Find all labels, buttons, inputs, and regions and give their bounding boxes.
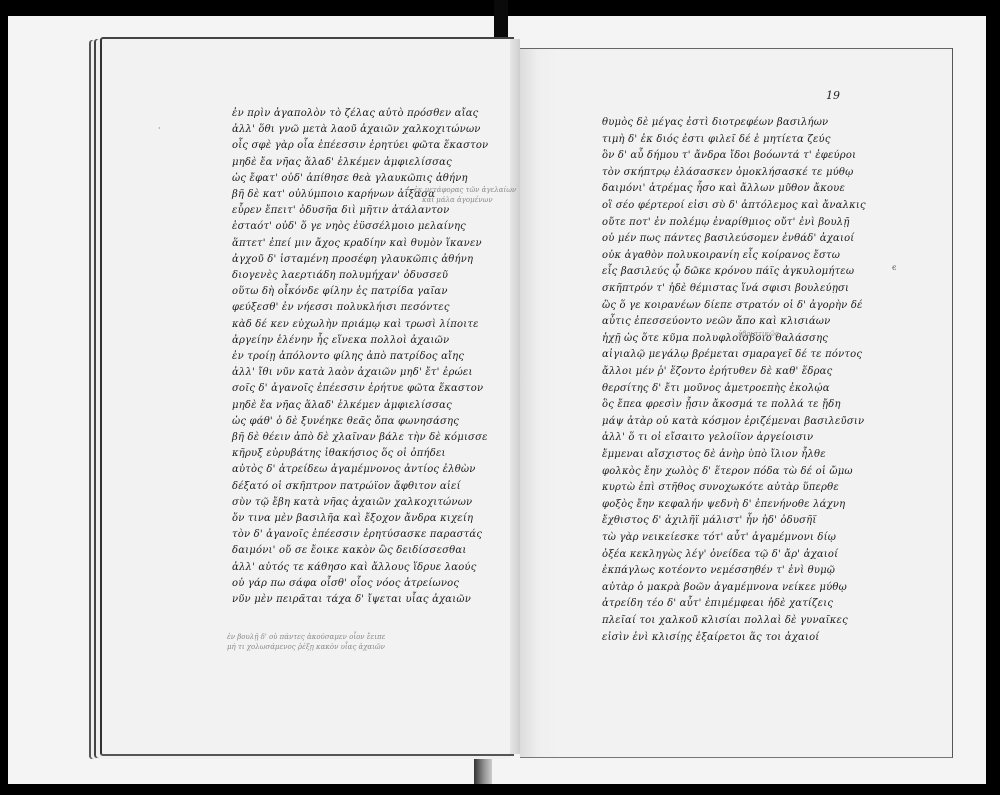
manuscript-line: ὀξέα κεκληγὼς λέγ' ὀνείδεα τῷ δ' ἄρ' ἀχα… [602,548,838,562]
manuscript-line: ἀλλ' αὐτός τε κάθησο καὶ ἄλλους ἵδρυε λα… [232,561,477,575]
manuscript-line: θυμὸς δὲ μέγας ἐστὶ διοτρεφέων βασιλήων [602,116,828,130]
manuscript-line: ἔμμεναι αἴσχιστος δὲ ἀνὴρ ὑπὸ ἴλιον ἦλθε [602,448,826,462]
manuscript-line: ἀλλ' ἴθι νῦν κατὰ λαὸν ἀχαιῶν μηδ' ἔτ' ἐ… [232,366,473,380]
folio-number: 19 [826,89,840,102]
manuscript-line: δέξατό οἱ σκῆπτρον πατρώϊον ἄφθιτον αἰεί [232,480,461,494]
manuscript-line: σὺν τῷ ἔβη κατὰ νῆας ἀχαιῶν χαλκοχιτώνων [232,496,472,510]
margin-gloss-2: καὶ μάλα ἀγομένων [422,196,493,204]
manuscript-line: ἀλλ' ὅ τι οἱ εἴσαιτο γελοίϊον ἀργείοισιν [602,431,813,445]
manuscript-line: ἐκπάγλως κοτέοντο νεμέσσηθέν τ' ἐνὶ θυμῷ [602,564,835,578]
manuscript-line: κυρτὼ ἐπὶ στῆθος συνοχωκότε αὐτὰρ ὕπερθε [602,481,839,495]
manuscript-line: ὃς ἔπεα φρεσὶν ᾗσιν ἄκοσμά τε πολλά τε ᾔ… [602,398,841,412]
manuscript-line: ἅπτετ' ἐπεί μιν ἄχος κραδίην καὶ θυμὸν ἵ… [232,237,482,251]
left-page-gutter [510,39,520,754]
manuscript-line: οὐ μέν πως πάντες βασιλεύσομεν ἐνθάδ' ἀχ… [602,232,854,246]
manuscript-line: δαιμόνι' οὔ σε ἔοικε κακὸν ὣς δειδίσσεσθ… [232,544,466,558]
manuscript-line: φολκὸς ἔην χωλὸς δ' ἕτερον πόδα τὼ δέ οἱ… [602,465,853,479]
manuscript-line: ἑσταότ' οὐδ' ὅ γε νηὸς ἐϋσσέλμοιο μελαίν… [232,220,466,234]
manuscript-line: ἐν πρὶν ἀγαπολὸν τὸ ζέλας αὐτὸ πρόσθεν α… [232,107,478,121]
right-margin-gloss: ὑβριστικῶς [738,330,779,338]
manuscript-line: οἳ σέο φέρτεροί εἰσι σὺ δ' ἀπτόλεμος καὶ… [602,199,866,213]
manuscript-line: μηδὲ ἔα νῆας ἅλαδ' ἑλκέμεν ἀμφιελίσσας [232,399,452,413]
manuscript-line: ἐν τροίῃ ἀπόλοντο φίλης ἀπὸ πατρίδος αἴη… [232,350,464,364]
manuscript-line: οἷς σφὲ γὰρ οἷα ἐπέεσσιν ἐρητύει φῶτα ἕκ… [232,139,488,153]
manuscript-line: ὡς ἔφατ' οὐδ' ἀπίθησε θεὰ γλαυκῶπις ἀθήν… [232,172,468,186]
manuscript-line: σοῖς δ' ἀγανοῖς ἐπέεσσιν ἐρήτυε φῶτα ἕκα… [232,382,483,396]
manuscript-line: τὸν σκήπτρῳ ἐλάσασκεν ὁμοκλήσασκέ τε μύθ… [602,166,854,180]
manuscript-line: ὅν τινα μὲν βασιλῆα καὶ ἔξοχον ἄνδρα κιχ… [232,512,473,526]
manuscript-line: ὡς φάθ' ὁ δὲ ξυνέηκε θεᾶς ὄπα φωνησάσης [232,415,459,429]
manuscript-line: βῆ δὲ κατ' οὐλύμποιο καρήνων ἀΐξασα [232,188,435,202]
right-page: 19 θυμὸς δὲ μέγας ἐστὶ διοτρεφέων βασιλή… [520,48,953,758]
manuscript-line: διογενὲς λαερτιάδη πολυμήχαν' ὀδυσσεῦ [232,269,448,283]
manuscript-line: ἀργείην ἑλένην ἧς εἵνεκα πολλοὶ ἀχαιῶν [232,334,449,348]
manuscript-line: βῆ δὲ θέειν ἀπὸ δὲ χλαῖναν βάλε τὴν δὲ κ… [232,431,488,445]
manuscript-line: ὃν δ' αὖ δήμου τ' ἄνδρα ἴδοι βοόωντά τ' … [602,149,856,163]
manuscript-line: ἀτρείδη τέο δ' αὖτ' ἐπιμέμφεαι ἠδὲ χατίζ… [602,597,833,611]
manuscript-line: μάψ ἀτὰρ οὐ κατὰ κόσμον ἐριζέμεναι βασιλ… [602,415,864,429]
manuscript-line: αὐτὸς δ' ἀτρείδεω ἀγαμέμνονος ἀντίος ἐλθ… [232,463,476,477]
manuscript-line: κῆρυξ εὐρυβάτης ἰθακήσιος ὅς οἱ ὀπήδει [232,447,446,461]
manuscript-line: νῦν μὲν πειρᾶται τάχα δ' ἴψεται υἷας ἀχα… [232,593,471,607]
right-margin-mark: ϵ [892,263,896,272]
manuscript-line: τὼ γὰρ νεικείεσκε τότ' αὖτ' ἀγαμέμνονι δ… [602,531,836,545]
spine-shadow-bottom [474,752,492,784]
manuscript-line: εἰσὶν ἐνὶ κλισίῃς ἐξαίρετοι ἅς τοι ἀχαιο… [602,631,819,645]
manuscript-line: θερσίτης δ' ἔτι μοῦνος ἀμετροεπὴς ἐκολῴα [602,382,830,396]
footer-gloss-1: ἐν βουλῇ δ' οὐ πάντες ἀκούσαμεν οἷον ἔει… [227,633,385,641]
manuscript-line: εἷς βασιλεύς ᾧ δῶκε κρόνου πάϊς ἀγκυλομή… [602,265,854,279]
manuscript-line: οὕτω δὴ οἶκόνδε φίλην ἐς πατρίδα γαῖαν [232,285,448,299]
manuscript-line: εὗρεν ἔπειτ' ὀδυσῆα διὶ μῆτιν ἀτάλαντον [232,204,449,218]
manuscript-line: οὐκ ἀγαθὸν πολυκοιρανίη εἷς κοίρανος ἔστ… [602,249,840,263]
manuscript-line: σκῆπτρόν τ' ἠδὲ θέμιστας ἵνά σφισι βουλε… [602,282,849,296]
manuscript-line: μηδὲ ἔα νῆας ἅλαδ' ἑλκέμεν ἀμφιελίσσας [232,156,452,170]
manuscript-line: αἰγιαλῷ μεγάλῳ βρέμεται σμαραγεῖ δέ τε π… [602,348,862,362]
manuscript-line: αὖτις ἐπεσσεύοντο νεῶν ἄπο καὶ κλισιάων [602,315,830,329]
manuscript-line: τιμὴ δ' ἐκ διός ἐστι φιλεῖ δέ ἑ μητίετα … [602,133,831,147]
manuscript-line: οὐ γάρ πω σάφα οἶσθ' οἷος νόος ἀτρείωνος [232,577,459,591]
manuscript-line: φεύξεσθ' ἐν νήεσσι πολυκλήισι πεσόντες [232,301,450,315]
manuscript-line: κὰδ δέ κεν εὐχωλὴν πριάμῳ καὶ τρωσὶ λίπο… [232,318,479,332]
margin-mark: · [158,124,161,133]
manuscript-line: πλεῖαί τοι χαλκοῦ κλισίαι πολλαὶ δὲ γυνα… [602,614,848,628]
manuscript-line: ἀγχοῦ δ' ἱσταμένη προσέφη γλαυκῶπις ἀθήν… [232,253,473,267]
manuscript-line: φοξὸς ἔην κεφαλήν ψεδνὴ δ' ἐπενήνοθε λάχ… [602,498,845,512]
manuscript-line: αὐτὰρ ὁ μακρὰ βοῶν ἀγαμέμνονα νείκεε μύθ… [602,581,847,595]
manuscript-line: ἄλλοι μέν ῥ' ἕζοντο ἐρήτυθεν δὲ καθ' ἕδρ… [602,365,832,379]
manuscript-line: δαιμόνι' ἀτρέμας ἧσο καὶ ἄλλων μῦθον ἄκο… [602,182,845,196]
left-page: ἐν πρὶν ἀγαπολὸν τὸ ζέλας αὐτὸ πρόσθεν α… [100,37,514,756]
manuscript-line: ὣς ὅ γε κοιρανέων δίεπε στρατόν οἱ δ' ἀγ… [602,299,863,313]
manuscript-line: οὔτε ποτ' ἐν πολέμῳ ἐναρίθμιος οὔτ' ἐνὶ … [602,216,850,230]
manuscript-line: ἠχῇ ὡς ὅτε κῦμα πολυφλοίσβοιο θαλάσσης [602,332,828,346]
manuscript-line: τὸν δ' ἀγανοῖς ἐπέεσσιν ἐρητύσασκε παρασ… [232,528,482,542]
margin-gloss-1: ἐκ μετάφορας τῶν ἀγελαίων [414,186,516,194]
manuscript-line: ἔχθιστος δ' ἀχιλῆϊ μάλιστ' ἦν ἠδ' ὀδυσῆϊ [602,514,816,528]
footer-gloss-2: μή τι χολωσάμενος ῥέξῃ κακὸν υἷας ἀχαιῶν [227,643,385,651]
manuscript-line: ἀλλ' ὅθι γνῶ μετὰ λαοῦ ἀχαιῶν χαλκοχιτών… [232,123,481,137]
